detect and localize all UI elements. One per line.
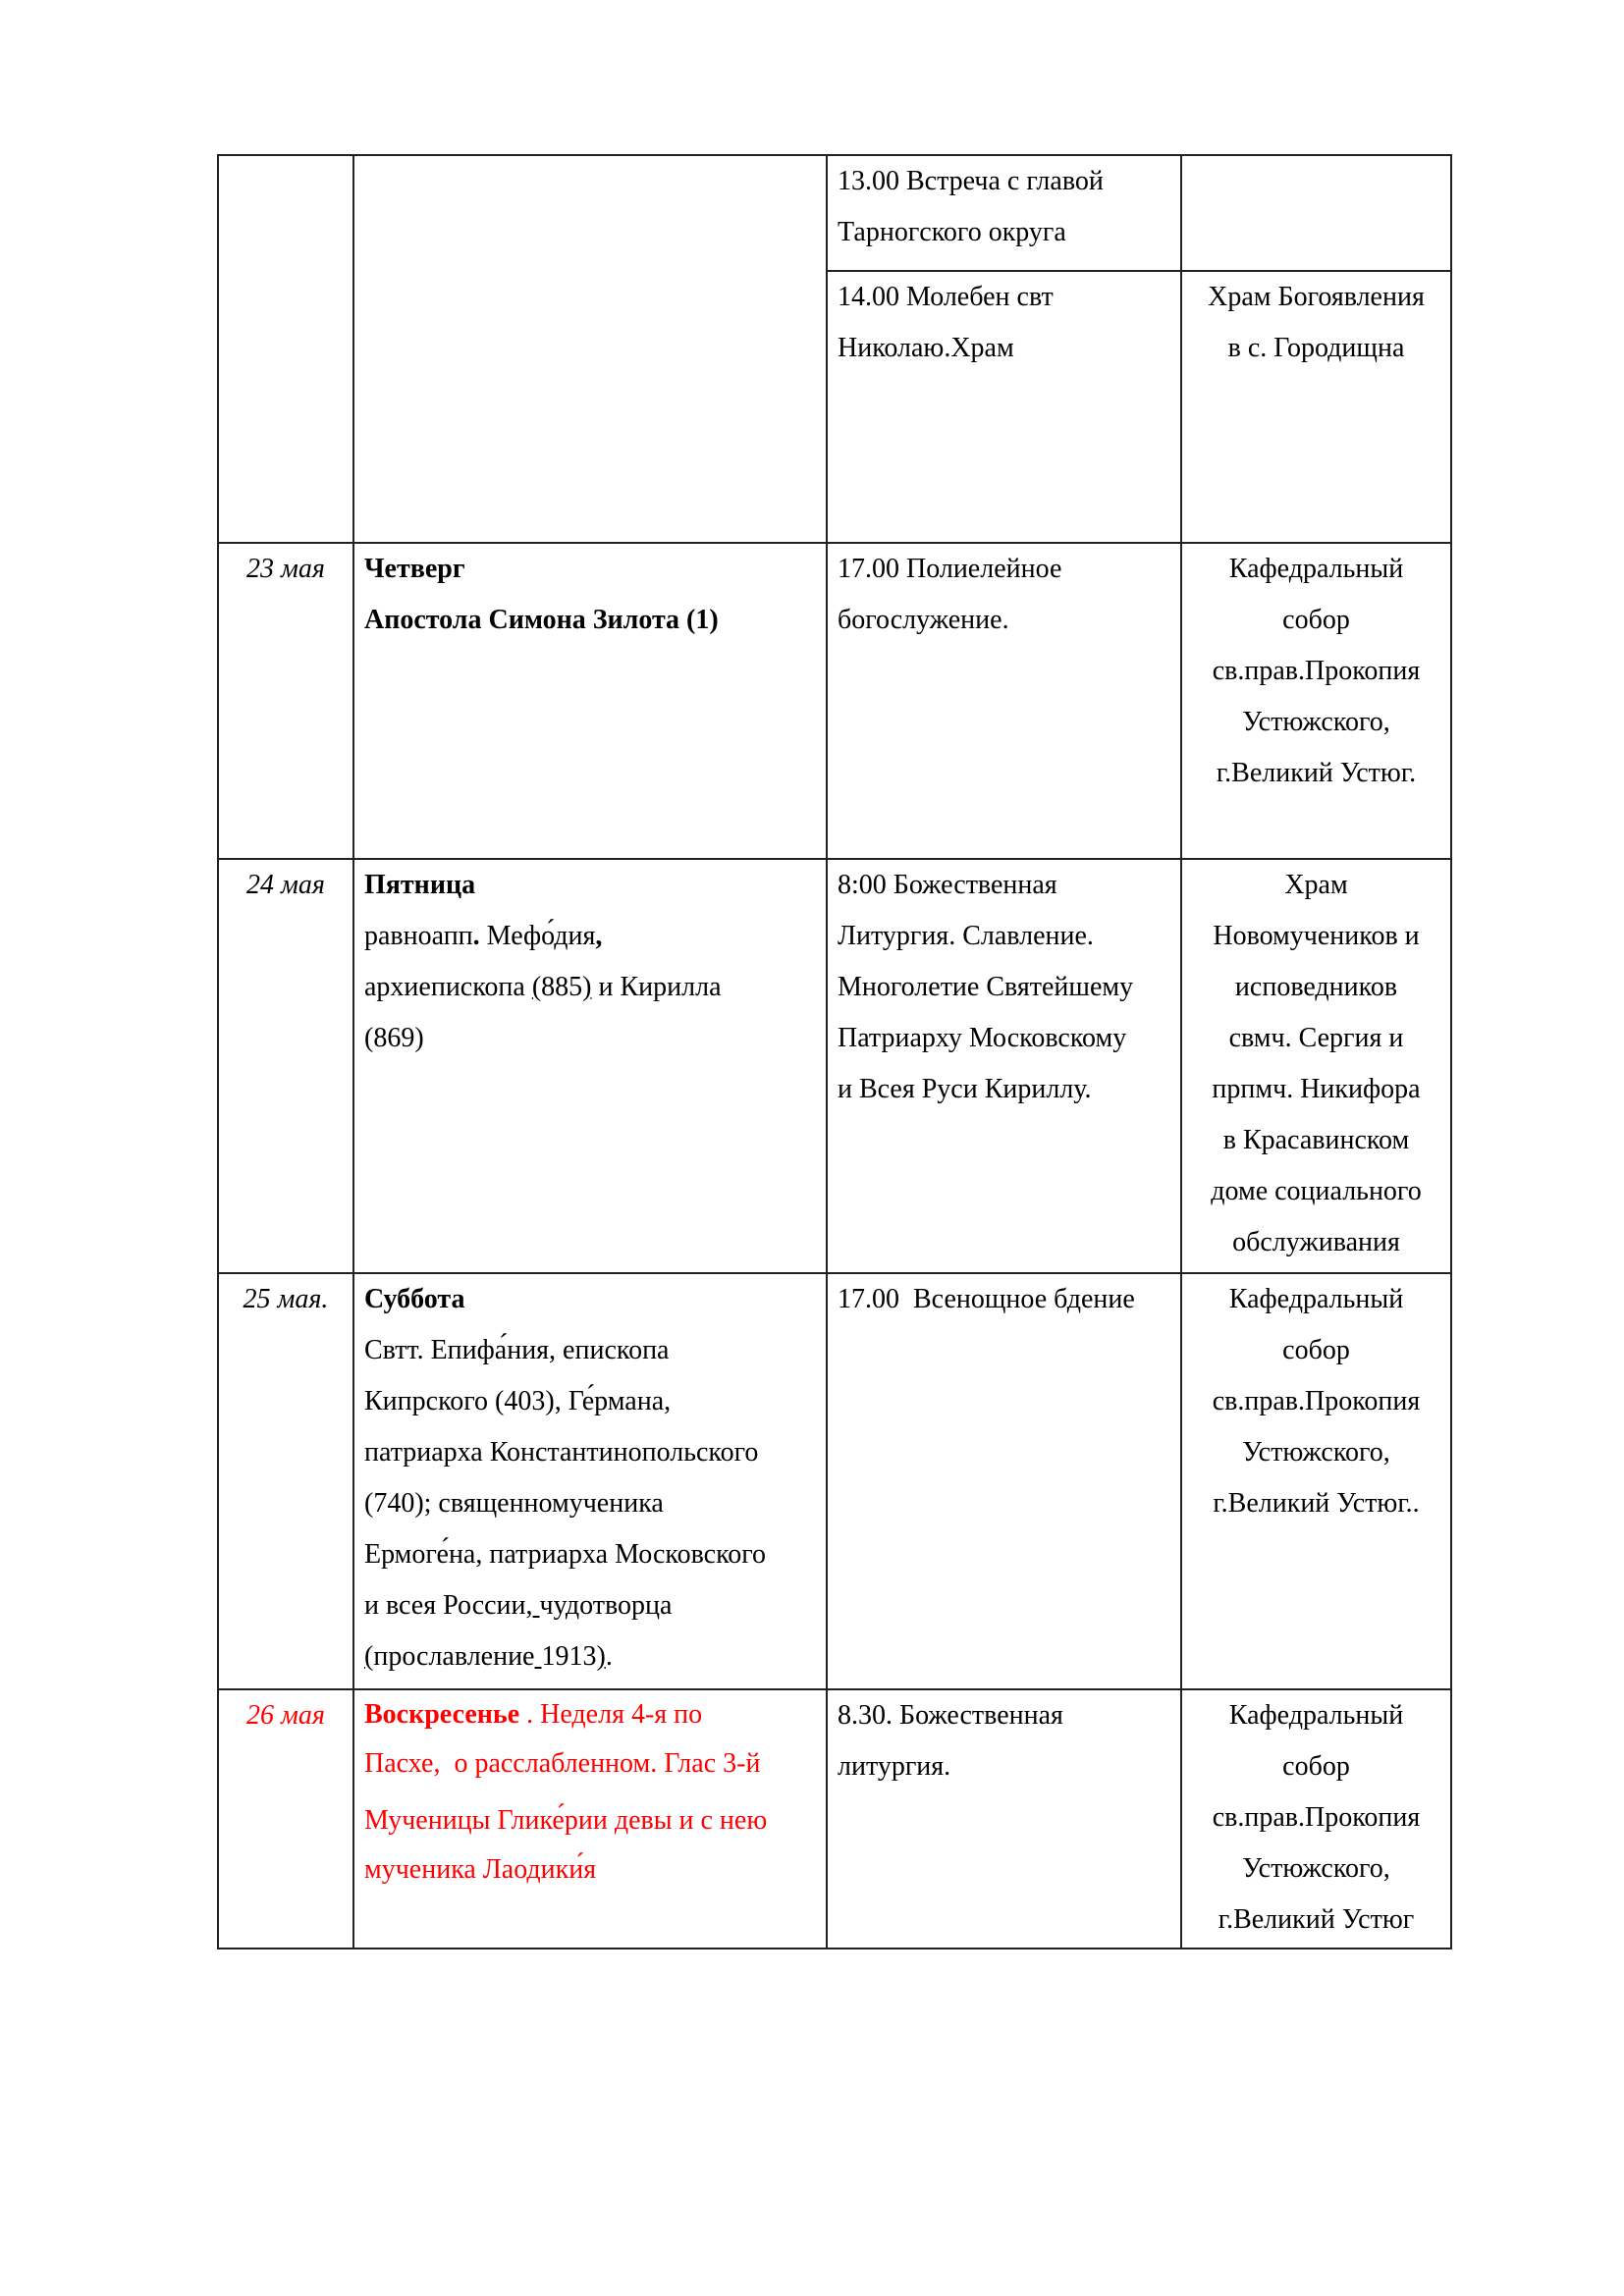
feast-cell: Четверг Апостола Симона Зилота (1) (353, 543, 827, 859)
service-line: богослужение. (838, 595, 1170, 646)
table-row: 13.00 Встреча с главой Тарногского округ… (218, 155, 1451, 271)
place-line: доме социального (1192, 1166, 1440, 1217)
feast-text: , (595, 921, 602, 951)
service-cell: 13.00 Встреча с главой Тарногского округ… (827, 155, 1181, 271)
table-row: 24 мая Пятница равноапп. Мефо́дия, архие… (218, 859, 1451, 1273)
place-line: св.прав.Прокопия (1192, 1792, 1440, 1843)
service-cell: 17.00 Всенощное бдение (827, 1273, 1181, 1689)
place-line: Устюжского, (1192, 1843, 1440, 1895)
service-line: 14.00 Молебен свт (838, 272, 1170, 323)
table-row: 26 мая Воскресенье . Неделя 4-я по Пасхе… (218, 1689, 1451, 1949)
service-line: 17.00 Полиелейное (838, 544, 1170, 595)
place-line: обслуживания (1192, 1217, 1440, 1268)
feast-text: чудотворца (540, 1590, 673, 1621)
place-line: в Красавинском (1192, 1115, 1440, 1166)
feast-line: Кипрского (403), Ге́рмана, (364, 1376, 816, 1427)
place-cell: Кафедральный собор св.прав.Прокопия Устю… (1181, 543, 1451, 859)
feast-line: равноапп. Мефо́дия, (364, 911, 816, 962)
feast-line: патриарха Константинопольского (364, 1427, 816, 1478)
feast-text: ( (532, 972, 541, 1002)
place-line: Кафедральный (1192, 1690, 1440, 1741)
feast-text: . (606, 1641, 613, 1672)
place-cell: Храм Новомучеников и исповедников свмч. … (1181, 859, 1451, 1273)
service-cell: 17.00 Полиелейное богослужение. (827, 543, 1181, 859)
weekday-label: Воскресенье (364, 1699, 519, 1730)
service-line: 8.30. Божественная (838, 1690, 1170, 1741)
place-cell: Храм Богоявления в с. Городищна (1181, 271, 1451, 543)
place-cell (1181, 155, 1451, 271)
feast-text: архиепископа (364, 972, 532, 1002)
feast-line: Мученицы Глике́рии девы и с нею (364, 1796, 816, 1845)
place-line: в с. Городищна (1192, 323, 1440, 374)
feast-line: архиепископа (885) и Кирилла (364, 962, 816, 1013)
place-cell: Кафедральный собор св.прав.Прокопия Устю… (1181, 1689, 1451, 1949)
place-line: собор (1192, 595, 1440, 646)
feast-line: Воскресенье . Неделя 4-я по (364, 1690, 816, 1739)
feast-text: 885 (541, 972, 582, 1002)
feast-text: и всея России, (364, 1590, 533, 1621)
place-line: собор (1192, 1741, 1440, 1792)
date-cell: 25 мая. (218, 1273, 353, 1689)
feast-line: Апостола Симона Зилота (1) (364, 595, 816, 646)
feast-text: 1913 (542, 1641, 597, 1672)
date-cell (218, 155, 353, 543)
service-line: Патриарху Московскому (838, 1013, 1170, 1064)
document-page: 13.00 Встреча с главой Тарногского округ… (0, 0, 1624, 2296)
service-line: 8:00 Божественная (838, 860, 1170, 911)
place-line: св.прав.Прокопия (1192, 1376, 1440, 1427)
place-cell: Кафедральный собор св.прав.Прокопия Устю… (1181, 1273, 1451, 1689)
service-line: Тарногского округа (838, 207, 1170, 258)
service-cell: 8:00 Божественная Литургия. Славление. М… (827, 859, 1181, 1273)
feast-text: равноапп (364, 921, 473, 951)
feast-line: мученика Лаодики́я (364, 1845, 816, 1895)
feast-line: и всея России, чудотворца (364, 1580, 816, 1631)
feast-cell (353, 155, 827, 543)
feast-text: . Неделя 4-я по (519, 1699, 702, 1730)
feast-text: Мефо́дия (480, 921, 596, 951)
service-line: литургия. (838, 1741, 1170, 1792)
place-line: Храм Богоявления (1192, 272, 1440, 323)
spacer (364, 1789, 816, 1796)
feast-line: (869) (364, 1013, 816, 1064)
place-line: прпмч. Никифора (1192, 1064, 1440, 1115)
feast-text: . (473, 921, 480, 951)
service-line: Многолетие Святейшему (838, 962, 1170, 1013)
place-line: свмч. Сергия и (1192, 1013, 1440, 1064)
feast-text: ) (597, 1641, 606, 1672)
service-cell: 8.30. Божественная литургия. (827, 1689, 1181, 1949)
feast-cell: Воскресенье . Неделя 4-я по Пасхе, о рас… (353, 1689, 827, 1949)
place-line: г.Великий Устюг.. (1192, 1478, 1440, 1529)
service-line: Николаю.Храм (838, 323, 1170, 374)
place-line: г.Великий Устюг (1192, 1895, 1440, 1946)
feast-cell: Пятница равноапп. Мефо́дия, архиепископа… (353, 859, 827, 1273)
feast-line: (прославление 1913). (364, 1631, 816, 1682)
service-line: 13.00 Встреча с главой (838, 156, 1170, 207)
weekday-label: Четверг (364, 544, 816, 595)
feast-line: (740); священномученика (364, 1478, 816, 1529)
date-cell: 24 мая (218, 859, 353, 1273)
place-line: Устюжского, (1192, 1427, 1440, 1478)
date-cell: 23 мая (218, 543, 353, 859)
place-line: исповедников (1192, 962, 1440, 1013)
feast-text: прославление (373, 1641, 534, 1672)
service-cell: 14.00 Молебен свт Николаю.Храм (827, 271, 1181, 543)
place-line: св.прав.Прокопия (1192, 646, 1440, 697)
feast-text (533, 1590, 540, 1621)
place-line: собор (1192, 1325, 1440, 1376)
weekday-label: Суббота (364, 1274, 816, 1325)
service-line: Литургия. Славление. (838, 911, 1170, 962)
service-line: 17.00 Всенощное бдение (838, 1274, 1170, 1325)
place-line: Устюжского, (1192, 697, 1440, 748)
feast-text: ( (364, 1641, 373, 1672)
feast-line: Ермоге́на, патриарха Московского (364, 1529, 816, 1580)
schedule-table: 13.00 Встреча с главой Тарногского округ… (217, 154, 1452, 1949)
feast-line: Свтт. Епифа́ния, епископа (364, 1325, 816, 1376)
feast-cell: Суббота Свтт. Епифа́ния, епископа Кипрск… (353, 1273, 827, 1689)
date-cell: 26 мая (218, 1689, 353, 1949)
weekday-label: Пятница (364, 860, 816, 911)
service-line: и Всея Руси Кириллу. (838, 1064, 1170, 1115)
place-line: Кафедральный (1192, 1274, 1440, 1325)
feast-text (535, 1641, 542, 1672)
feast-line: Пасхе, о расслабленном. Глас 3-й (364, 1739, 816, 1789)
place-line: Кафедральный (1192, 544, 1440, 595)
feast-text: ) (582, 972, 591, 1002)
feast-text: и Кирилла (592, 972, 722, 1002)
table-row: 25 мая. Суббота Свтт. Епифа́ния, епископ… (218, 1273, 1451, 1689)
table-row: 23 мая Четверг Апостола Симона Зилота (1… (218, 543, 1451, 859)
place-line: Новомучеников и (1192, 911, 1440, 962)
place-line: Храм (1192, 860, 1440, 911)
place-line: г.Великий Устюг. (1192, 748, 1440, 799)
